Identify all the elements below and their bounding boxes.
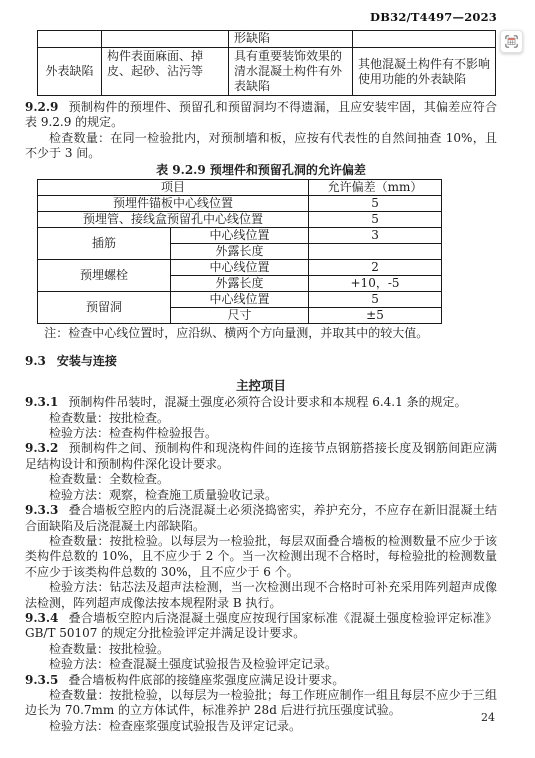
page-number: 24 [481, 710, 495, 725]
table-cell: 中心线位置 [171, 260, 309, 276]
clause-text: 叠合墙板空腔内的后浇混凝土必须浇捣密实，养护充分，不应存在新旧混凝土结合面缺陷及… [25, 503, 497, 532]
table-9-2-9-title: 表 9.2.9 预埋件和预留孔洞的允许偏差 [25, 163, 497, 178]
table-cell: 外露长度 [171, 276, 309, 292]
main-control-items-heading: 主控项目 [25, 378, 497, 393]
clause-number: 9.3.5 [25, 673, 58, 687]
clause-number: 9.3.3 [25, 503, 58, 517]
section-9-3-heading: 9.3安装与连接 [25, 354, 497, 369]
section-number: 9.3 [25, 354, 46, 368]
surface-defect-table: 形缺陷 外表缺陷 构件表面麻面、掉皮、起砂、沾污等 具有重要装饰效果的清水混凝土… [37, 30, 496, 96]
table-cell: 构件表面麻面、掉皮、起砂、沾污等 [102, 48, 229, 96]
clause-line: 检验方法：观察，检查施工质量验收记录。 [25, 488, 497, 503]
table-cell: 5 [309, 196, 442, 212]
table-cell [353, 31, 496, 48]
clause-9-3-2: 9.3.2预制构件之间、预制构件和现浇构件间的连接节点钢筋搭接长度及钢筋间距应满… [25, 441, 497, 472]
table-cell [102, 31, 229, 48]
clause-number: 9.3.1 [25, 395, 58, 409]
clause-line: 检验方法：钻芯法及超声法检测，当一次检测出现不合格时可补充采用阵列超声成像法检测… [25, 580, 497, 611]
clause-9-3-4: 9.3.4叠合墙板空腔内后浇混凝土强度应按现行国家标准《混凝土强度检验评定标准》… [25, 611, 497, 642]
clause-9-3-5: 9.3.5叠合墙板构件底部的接缝座浆强度应满足设计要求。 [25, 673, 497, 688]
deviation-table: 项目 允许偏差（mm） 预埋件锚板中心线位置 5 预埋管、接线盒预留孔中心线位置… [37, 179, 442, 324]
table-cell: 5 [309, 292, 442, 308]
table-row: 预埋螺栓 中心线位置 2 [38, 260, 442, 276]
clause-9-3-3: 9.3.3叠合墙板空腔内的后浇混凝土必须浇捣密实，养护充分，不应存在新旧混凝土结… [25, 503, 497, 534]
clause-text: 预制构件之间、预制构件和现浇构件间的连接节点钢筋搭接长度及钢筋间距应满足结构设计… [25, 441, 497, 470]
table-cell: 2 [309, 260, 442, 276]
table-cell: 预埋件锚板中心线位置 [38, 196, 309, 212]
clause-number: 9.3.4 [25, 611, 58, 625]
table-cell [38, 31, 102, 48]
clause-line: 检验方法：检查混凝土强度试验报告及检验评定记录。 [25, 657, 497, 672]
clause-number: 9.2.9 [25, 100, 58, 114]
clause-9-2-9: 9.2.9预制构件的预埋件、预留孔和预留洞均不得遗漏，且应安装牢固，其偏差应符合… [25, 100, 497, 131]
table-row: 预留洞 中心线位置 5 [38, 292, 442, 308]
clause-9-2-9-check-qty: 检查数量：在同一检验批内，对预制墙和板，应按有代表性的自然间抽查 10%，且不少… [25, 131, 497, 162]
table-row: 插筋 中心线位置 3 [38, 228, 442, 244]
table-cell: 外表缺陷 [38, 48, 102, 96]
clause-line: 检验方法：检查构件检验报告。 [25, 426, 497, 441]
table-cell: +10，-5 [309, 276, 442, 292]
table-note: 注：检查中心线位置时，应沿纵、横两个方向量测，并取其中的较大值。 [25, 326, 497, 341]
table-cell: 尺寸 [171, 308, 309, 324]
table-cell: 预埋管、接线盒预留孔中心线位置 [38, 212, 309, 228]
clause-line: 检查数量：全数检查。 [25, 472, 497, 487]
clause-number: 9.3.2 [25, 441, 58, 455]
clause-line: 检查数量：按批检验，以每层为一检验批；每工作班应制作一组且每层不应少于三组边长为… [25, 688, 497, 719]
table-row: 预埋管、接线盒预留孔中心线位置 5 [38, 212, 442, 228]
table-cell: 其他混凝土构件有不影响使用功能的外表缺陷 [353, 48, 496, 96]
clause-9-3-1: 9.3.1预制构件吊装时，混凝土强度必须符合设计要求和本规程 6.4.1 条的规… [25, 395, 497, 410]
table-cell: 预留洞 [38, 292, 171, 324]
column-header-deviation: 允许偏差（mm） [309, 180, 442, 196]
table-cell: 中心线位置 [171, 292, 309, 308]
table-cell: 插筋 [38, 228, 171, 260]
table-cell: 中心线位置 [171, 228, 309, 244]
clause-line: 检验方法：检查座浆强度试验报告及评定记录。 [25, 719, 497, 734]
clause-text: 预制构件的预埋件、预留孔和预留洞均不得遗漏，且应安装牢固，其偏差应符合表 9.2… [25, 100, 497, 129]
table-cell: 5 [309, 212, 442, 228]
clause-text: 叠合墙板空腔内后浇混凝土强度应按现行国家标准《混凝土强度检验评定标准》GB/T … [25, 611, 497, 640]
table-cell [309, 244, 442, 260]
clause-line: 检查数量：按批检查。 [25, 411, 497, 426]
clause-line: 检查数量：按批检验。 [25, 642, 497, 657]
section-title: 安装与连接 [57, 354, 117, 368]
column-header-item: 项目 [38, 180, 309, 196]
table-row: 预埋件锚板中心线位置 5 [38, 196, 442, 212]
table-extract-button[interactable] [500, 30, 523, 53]
table-cell: ±5 [309, 308, 442, 324]
clause-text: 叠合墙板构件底部的接缝座浆强度应满足设计要求。 [68, 673, 344, 687]
table-cell: 具有重要装饰效果的清水混凝土构件有外表缺陷 [229, 48, 353, 96]
table-extract-icon [503, 33, 520, 50]
doc-code-header: DB32/T4497—2023 [370, 10, 497, 25]
table-cell: 形缺陷 [229, 31, 353, 48]
clause-text: 预制构件吊装时，混凝土强度必须符合设计要求和本规程 6.4.1 条的规定。 [68, 395, 466, 409]
table-cell: 外露长度 [171, 244, 309, 260]
table-cell: 3 [309, 228, 442, 244]
document-content: 形缺陷 外表缺陷 构件表面麻面、掉皮、起砂、沾污等 具有重要装饰效果的清水混凝土… [25, 30, 497, 734]
table-cell: 预埋螺栓 [38, 260, 171, 292]
clause-line: 检查数量：按批检验。以每层为一检验批，每层双面叠合墙板的检测数量不应少于该类构件… [25, 534, 497, 580]
